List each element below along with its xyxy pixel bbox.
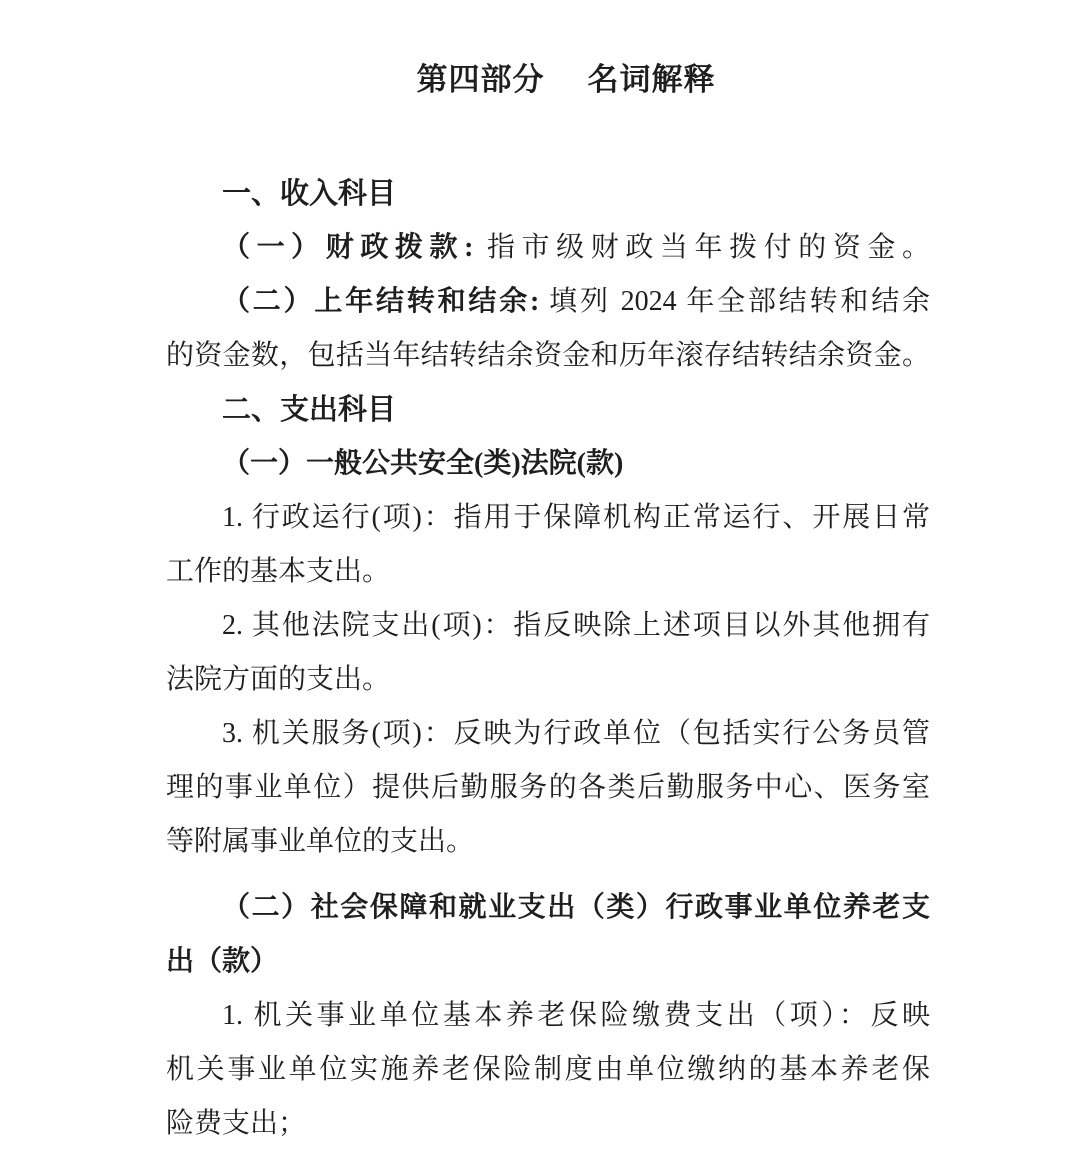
document-page: 第四部分名词解释 一、收入科目（一）财政拨款: 指市级财政当年拨付的资金。（二）… xyxy=(0,0,1074,1151)
text-line: 机关事业单位实施养老保险制度由单位缴纳的基本养老保 xyxy=(166,1043,930,1097)
paragraph-body: 1. 行政运行(项)：指用于保障机构正常运行、开展日常工作的基本支出。 xyxy=(166,491,930,599)
text-line: 的资金数，包括当年结转结余资金和历年滚存结转结余资金。 xyxy=(166,329,930,383)
text-line: 3. 机关服务(项)：反映为行政单位（包括实行公务员管 xyxy=(166,707,930,761)
text-line: 1. 机关事业单位基本养老保险缴费支出（项）：反映 xyxy=(166,989,930,1043)
text-line: 1. 行政运行(项)：指用于保障机构正常运行、开展日常 xyxy=(166,491,930,545)
text-line: （二）社会保障和就业支出（类）行政事业单位养老支 xyxy=(166,881,930,935)
paragraph-body: 2. 其他法院支出(项)：指反映除上述项目以外其他拥有法院方面的支出。 xyxy=(166,599,930,707)
text-line: 2. 其他法院支出(项)：指反映除上述项目以外其他拥有 xyxy=(166,599,930,653)
paragraph-term: （一）财政拨款: 指市级财政当年拨付的资金。 xyxy=(166,221,930,275)
title-section-name: 名词解释 xyxy=(588,62,716,97)
text-line: 法院方面的支出。 xyxy=(166,653,930,707)
text-line: 一、收入科目 xyxy=(166,167,930,221)
paragraph-body: 3. 机关服务(项)：反映为行政单位（包括实行公务员管理的事业单位）提供后勤服务… xyxy=(166,707,930,869)
text-line: 等附属事业单位的支出。 xyxy=(166,815,930,869)
text-line: 工作的基本支出。 xyxy=(166,545,930,599)
paragraph-section: 二、支出科目 xyxy=(166,383,930,437)
text-line: 理的事业单位）提供后勤服务的各类后勤服务中心、医务室 xyxy=(166,761,930,815)
document-title: 第四部分名词解释 xyxy=(29,62,1074,98)
document-body: 一、收入科目（一）财政拨款: 指市级财政当年拨付的资金。（二）上年结转和结余: … xyxy=(166,167,930,1151)
paragraph-body: 1. 机关事业单位基本养老保险缴费支出（项）：反映机关事业单位实施养老保险制度由… xyxy=(166,989,930,1151)
paragraph-term: （二）上年结转和结余: 填列 2024 年全部结转和结余的资金数，包括当年结转结… xyxy=(166,275,930,383)
paragraph-subheading: （二）社会保障和就业支出（类）行政事业单位养老支出（款） xyxy=(166,881,930,989)
text-line: 二、支出科目 xyxy=(166,383,930,437)
text-line: 险费支出； xyxy=(166,1097,930,1151)
paragraph-section: 一、收入科目 xyxy=(166,167,930,221)
paragraph-subheading: （一）一般公共安全(类)法院(款) xyxy=(166,437,930,491)
text-line: （一）一般公共安全(类)法院(款) xyxy=(166,437,930,491)
text-line: （一）财政拨款: 指市级财政当年拨付的资金。 xyxy=(166,221,930,275)
term-label: （一）财政拨款: xyxy=(222,232,473,263)
text-line: （二）上年结转和结余: 填列 2024 年全部结转和结余 xyxy=(166,275,930,329)
text-line: 出（款） xyxy=(166,935,930,989)
title-part: 第四部分 xyxy=(417,62,545,97)
term-label: （二）上年结转和结余: xyxy=(222,286,539,317)
